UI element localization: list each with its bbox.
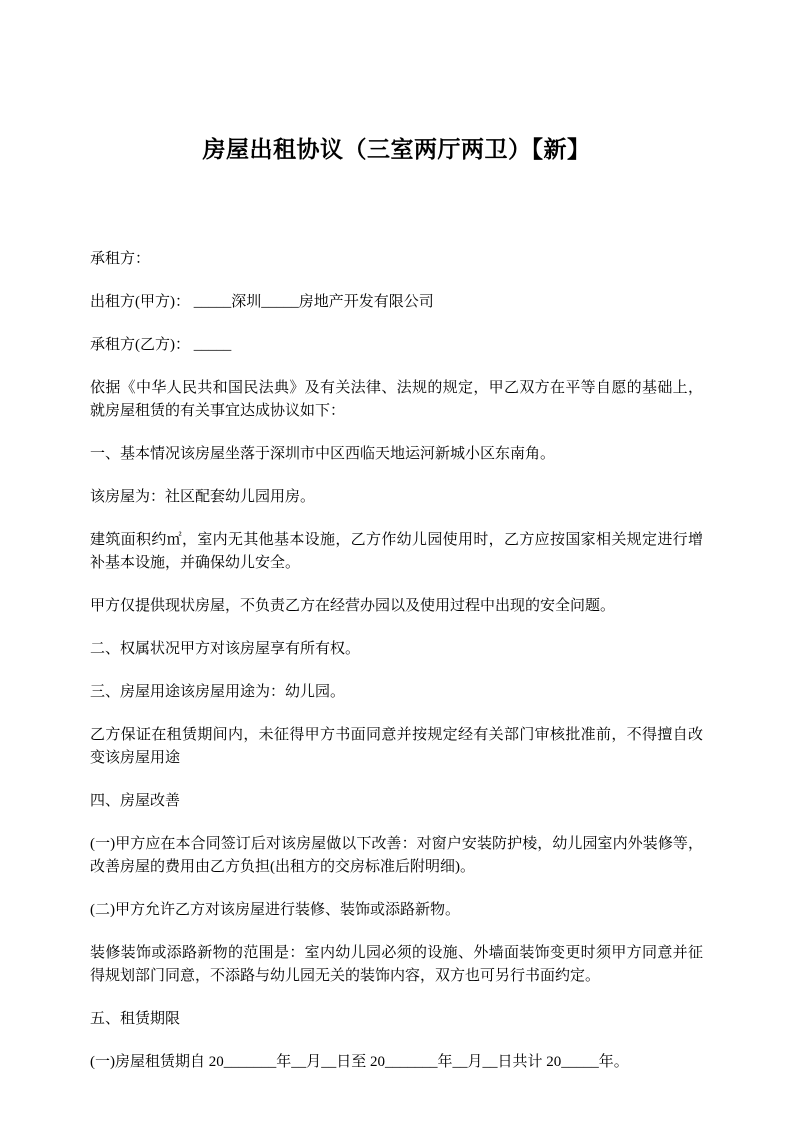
clause-2-ownership: 二、权属状况甲方对该房屋享有所有权。: [90, 638, 703, 661]
document-body: 承租方： 出租方(甲方)： _____深圳_____房地产开发有限公司 承租方(…: [90, 248, 703, 1074]
clause-4-heading: 四、房屋改善: [90, 790, 703, 813]
renovation-scope-line: 装修装饰或添路新物的范围是：室内幼儿园必须的设施、外墙面装饰变更时须甲方同意并征…: [90, 942, 703, 988]
usage-guarantee-line: 乙方保证在租赁期间内，未征得甲方书面同意并按规定经有关部门审核批准前，不得擅自改…: [90, 724, 703, 770]
lessor-party-line: 出租方(甲方)： _____深圳_____房地产开发有限公司: [90, 291, 703, 314]
clause-1-basic-info: 一、基本情况该房屋坐落于深圳市中区西临天地运河新城小区东南角。: [90, 443, 703, 466]
contract-page: 房屋出租协议（三室两厅两卫）【新】 承租方： 出租方(甲方)： _____深圳_…: [0, 0, 793, 1122]
current-state-line: 甲方仅提供现状房屋，不负责乙方在经营办园以及使用过程中出现的安全问题。: [90, 595, 703, 618]
document-title: 房屋出租协议（三室两厅两卫）【新】: [90, 134, 703, 166]
preamble-paragraph: 依据《中华人民共和国民法典》及有关法律、法规的规定，甲乙双方在平等自愿的基础上，…: [90, 377, 703, 423]
clause-3-usage: 三、房屋用途该房屋用途为：幼儿园。: [90, 681, 703, 704]
clause-4-item-2: (二)甲方允许乙方对该房屋进行装修、装饰或添路新物。: [90, 899, 703, 922]
clause-4-item-1: (一)甲方应在本合同签订后对该房屋做以下改善：对窗户安装防护棱，幼儿园室内外装修…: [90, 833, 703, 879]
clause-5-heading: 五、租赁期限: [90, 1008, 703, 1031]
lease-term-line: (一)房屋租赁期自 20_______年__月__日至 20_______年__…: [90, 1051, 703, 1074]
house-type-line: 该房屋为：社区配套幼儿园用房。: [90, 486, 703, 509]
floor-area-paragraph: 建筑面积约㎡，室内无其他基本设施，乙方作幼儿园使用时，乙方应按国家相关规定进行增…: [90, 529, 703, 575]
lessee-label-line: 承租方：: [90, 248, 703, 271]
lessee-party-line: 承租方(乙方)： _____: [90, 334, 703, 357]
